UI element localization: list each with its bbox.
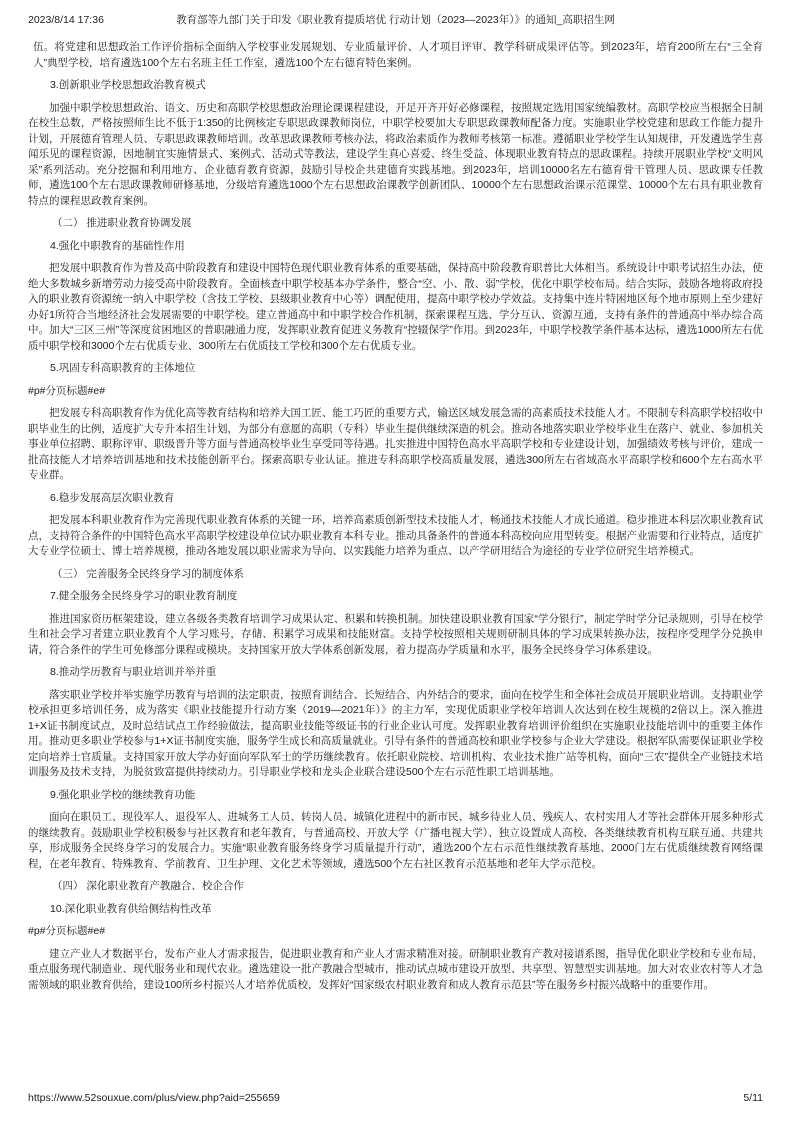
- paragraph: 落实职业学校并举实施学历教育与培训的法定职责，按照育训结合、长短结合、内外结合的…: [28, 688, 763, 781]
- pagination-marker: #p#分页标题#e#: [28, 924, 763, 940]
- paragraph: 把发展专科高职教育作为优化高等教育结构和培养大国工匠、能工巧匠的重要方式，输送区…: [28, 406, 763, 484]
- section-heading: （三） 完善服务全民终身学习的制度体系: [28, 567, 763, 583]
- print-datetime: 2023/8/14 17:36: [28, 13, 104, 29]
- numbered-heading: 4.强化中职教育的基础性作用: [28, 239, 763, 255]
- paragraph: 面向在职员工、现役军人、退役军人、进城务工人员、转岗人员、城镇化进程中的新市民、…: [28, 810, 763, 872]
- print-footer: https://www.52souxue.com/plus/view.php?a…: [28, 1091, 763, 1107]
- page-title: 教育部等九部门关于印发《职业教育提质培优 行动计划（2023—2023年）》的通…: [28, 13, 763, 29]
- numbered-heading: 8.推动学历教育与职业培训并举并重: [28, 665, 763, 681]
- section-heading: （二） 推进职业教育协调发展: [28, 216, 763, 232]
- paragraph: 加强中职学校思想政治、语文、历史和高职学校思想政治理论课课程建设，开足开齐开好必…: [28, 101, 763, 210]
- numbered-heading: 9.强化职业学校的继续教育功能: [28, 788, 763, 804]
- paragraph: 把发展中职教育作为普及高中阶段教育和建设中国特色现代职业教育体系的重要基础，保持…: [28, 261, 763, 354]
- numbered-heading: 3.创新职业学校思想政治教育模式: [28, 78, 763, 94]
- document-content: 伍。将党建和思想政治工作评价指标全面纳入学校事业发展规划、专业质量评价、人才项目…: [28, 40, 763, 993]
- paragraph: 伍。将党建和思想政治工作评价指标全面纳入学校事业发展规划、专业质量评价、人才项目…: [28, 40, 763, 71]
- numbered-heading: 7.健全服务全民终身学习的职业教育制度: [28, 589, 763, 605]
- paragraph: 推进国家资历框架建设，建立各级各类教育培训学习成果认定、积累和转换机制。加快建设…: [28, 612, 763, 659]
- section-heading: （四） 深化职业教育产教融合、校企合作: [28, 879, 763, 895]
- print-header: 2023/8/14 17:36 教育部等九部门关于印发《职业教育提质培优 行动计…: [28, 13, 763, 29]
- numbered-heading: 10.深化职业教育供给侧结构性改革: [28, 902, 763, 918]
- numbered-heading: 6.稳步发展高层次职业教育: [28, 491, 763, 507]
- numbered-heading: 5.巩固专科高职教育的主体地位: [28, 361, 763, 377]
- paragraph: 把发展本科职业教育作为完善现代职业教育体系的关键一环，培养高素质创新型技术技能人…: [28, 513, 763, 560]
- page-number: 5/11: [743, 1091, 763, 1107]
- pagination-marker: #p#分页标题#e#: [28, 384, 763, 400]
- source-url: https://www.52souxue.com/plus/view.php?a…: [28, 1091, 280, 1107]
- print-preview-page: 2023/8/14 17:36 教育部等九部门关于印发《职业教育提质培优 行动计…: [0, 0, 793, 1122]
- paragraph: 建立产业人才数据平台，发布产业人才需求报告，促进职业教育和产业人才需求精准对接。…: [28, 947, 763, 994]
